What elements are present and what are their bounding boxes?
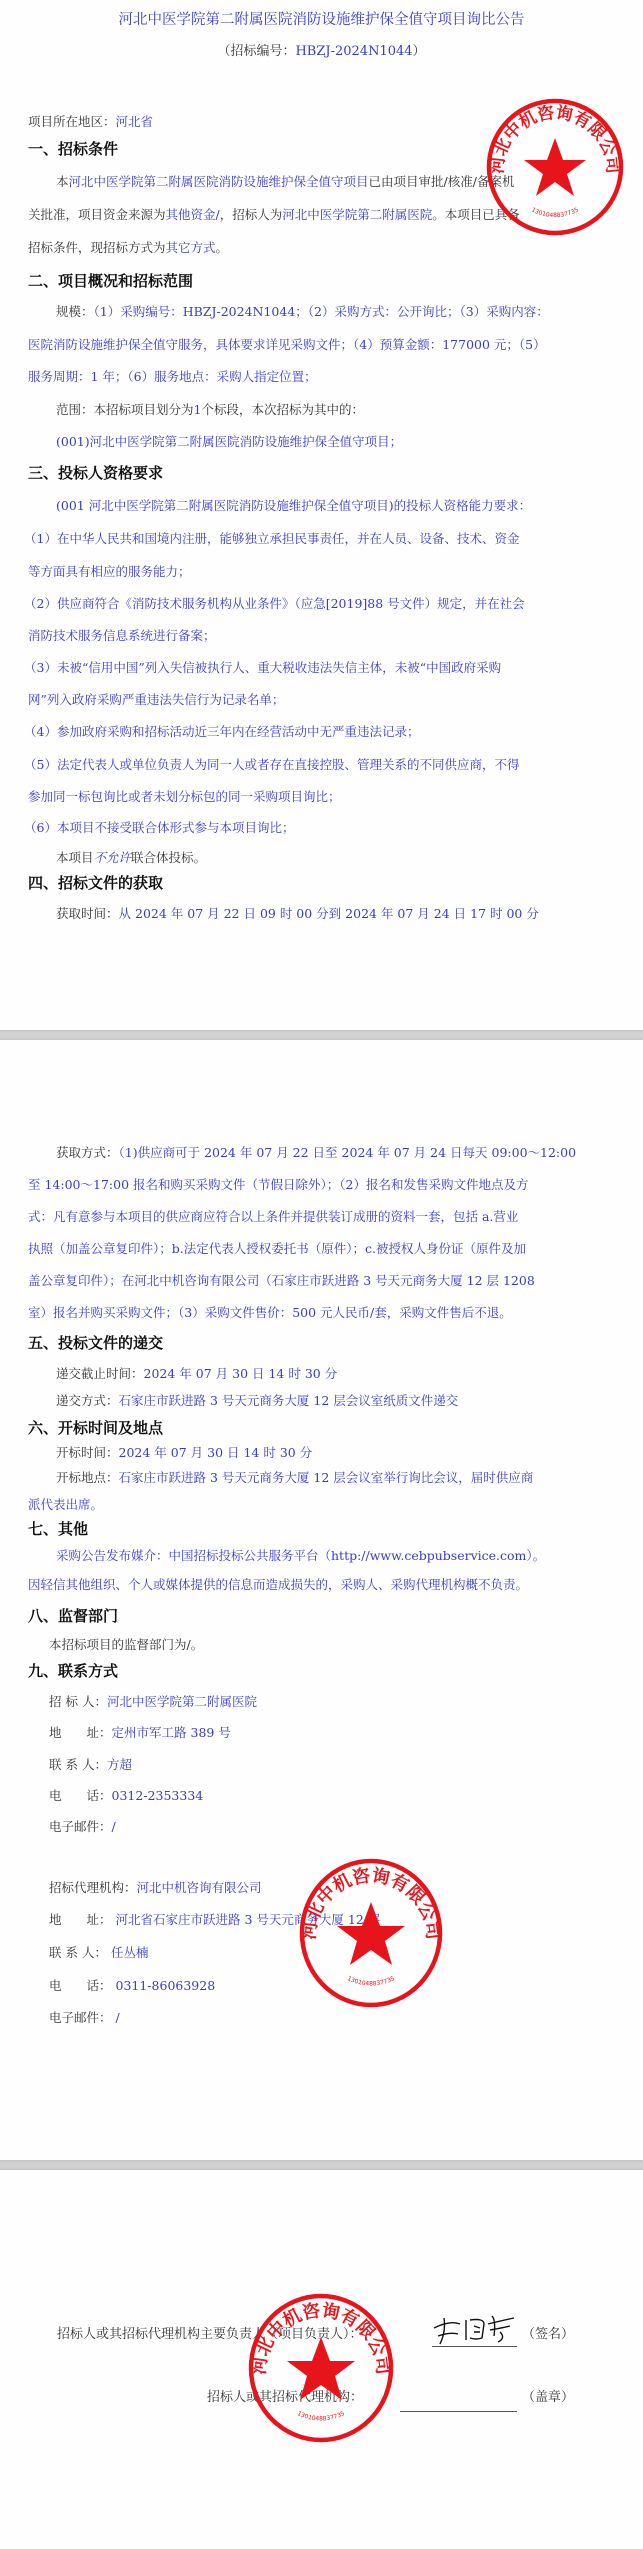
page-separator <box>0 1030 643 1040</box>
s7-line-1: 采购公告发布媒介：中国招标投标公共服务平台（http://www.cebpubs… <box>56 1546 545 1566</box>
seal-underline <box>400 2411 517 2412</box>
s7-line-2: 因轻信其他组织、个人或媒体提供的信息而造成损失的，采购人、采购代理机构概不负责。 <box>28 1575 528 1595</box>
tenderer-name: 招 标 人：河北中医学院第二附属医院 <box>49 1692 257 1712</box>
project-region: 项目所在地区：河北省 <box>28 112 153 132</box>
s3-req-3-line-2: 网”列入政府采购严重违法失信行为记录名单； <box>28 690 284 710</box>
tenderer-address: 地 址：定州市军工路 389 号 <box>49 1723 231 1743</box>
s2-scale-line-2: 医院消防设施维护保全值守服务，具体要求详见采购文件；（4）预算金额：177000… <box>28 335 546 355</box>
section-heading-7: 七、其他 <box>28 1518 88 1539</box>
s4-method-line-6: 室）报名并购买采购文件；（3）采购文件售价：500 元人民币/套，采购文件售后不… <box>28 1303 512 1323</box>
s6-place-line-1: 开标地点：石家庄市跃进路 3 号天元商务大厦 12 层会议室举行询比会议，届时供… <box>56 1468 533 1488</box>
s3-req-6: （6）本项目不接受联合体形式参与本项目询比； <box>24 818 294 838</box>
handwritten-signature-icon <box>430 2310 526 2350</box>
section-heading-4: 四、招标文件的获取 <box>28 872 163 893</box>
s8-text: 本招标项目的监督部门为/。 <box>49 1635 203 1655</box>
tenderer-phone: 电 话：0312-2353334 <box>49 1786 203 1806</box>
s3-intro: (001 河北中医学院第二附属医院消防设施维护保全值守项目)的投标人资格能力要求… <box>56 496 531 516</box>
s4-method-line-2: 至 14:00～17:00 报名和购买采购文件（节假日除外）；（2）报名和发售采… <box>28 1175 528 1195</box>
section-heading-6: 六、开标时间及地点 <box>28 1417 163 1438</box>
s2-scale-line-1: 规模：（1）采购编号：HBZJ-2024N1044；（2）采购方式：公开询比；（… <box>56 302 549 322</box>
section-heading-1: 一、招标条件 <box>28 138 118 159</box>
s1-line-1: 本河北中医学院第二附属医院消防设施维护保全值守项目已由项目审批/核准/备案机 <box>56 172 514 192</box>
section-heading-3: 三、投标人资格要求 <box>28 462 163 483</box>
s3-req-5-line-2: 参加同一标包询比或者未划分标包的同一采购项目询比； <box>28 787 341 807</box>
signature-underline <box>432 2346 517 2347</box>
s4-method-line-4: 执照（加盖公章复印件）；b.法定代表人授权委托书（原件）；c.被授权人身份证（原… <box>28 1239 526 1259</box>
seal-suffix: （盖章） <box>522 2388 574 2408</box>
s3-req-2-line-2: 消防技术服务信息系统进行备案； <box>28 626 216 646</box>
tenderer-contact: 联 系 人：方超 <box>49 1755 132 1775</box>
s3-req-2-line-1: （2）供应商符合《消防技术服务机构从业条件》（应急[2019]88 号文件）规定… <box>24 594 525 614</box>
s3-req-4: （4）参加政府采购和招标活动近三年内在经营活动中无严重违法记录； <box>24 722 419 742</box>
agency-name: 招标代理机构：河北中机咨询有限公司 <box>49 1878 262 1898</box>
tenderer-email: 电子邮件：/ <box>49 1817 116 1837</box>
svg-text:河北中机咨询有限公司: 河北中机咨询有限公司 <box>487 102 622 174</box>
s3-req-1-line-2: 等方面具有相应的服务能力； <box>28 562 191 582</box>
signature-responsible-label: 招标人或其招标代理机构主要负责人（项目负责人）： <box>57 2325 363 2345</box>
signature-suffix: （签名） <box>522 2325 574 2345</box>
s1-line-2: 关批准，项目资金来源为其他资金/，招标人为河北中医学院第二附属医院。本项目已具备 <box>28 205 520 225</box>
company-seal-stamp-icon: 河北中机咨询有限公司 1301048837735 <box>296 1858 446 2008</box>
s2-lot: (001)河北中医学院第二附属医院消防设施维护保全值守项目； <box>56 432 402 452</box>
svg-text:1301048837735: 1301048837735 <box>346 1975 396 1987</box>
agency-phone: 电 话： 0311-86063928 <box>49 1976 215 1996</box>
s2-scale-line-3: 服务周期：1 年；（6）服务地点：采购人指定位置； <box>28 367 317 387</box>
s4-time: 获取时间：从 2024 年 07 月 22 日 09 时 00 分到 2024 … <box>56 904 539 924</box>
page-separator <box>0 2160 643 2170</box>
s4-method-line-3: 式：凡有意参与本项目的供应商应符合以上条件并提供装订成册的资料一套，包括 a.营… <box>28 1207 518 1227</box>
seal-label: 招标人或其招标代理机构： <box>207 2388 363 2408</box>
svg-text:1301048837735: 1301048837735 <box>530 206 580 219</box>
section-heading-9: 九、联系方式 <box>28 1660 118 1681</box>
bid-number: （招标编号：HBZJ-2024N1044） <box>0 40 643 59</box>
section-heading-2: 二、项目概况和招标范围 <box>28 270 193 291</box>
s3-req-5-line-1: （5）法定代表人或单位负责人为同一人或者存在直接控股、管理关系的不同供应商，不得 <box>24 755 519 775</box>
s1-line-3: 招标条件，现招标方式为其它方式。 <box>28 238 228 258</box>
s5-deadline: 递交截止时间：2024 年 07 月 30 日 14 时 30 分 <box>56 1364 337 1384</box>
s6-place-line-2: 派代表出席。 <box>28 1495 103 1515</box>
s6-time: 开标时间：2024 年 07 月 30 日 14 时 30 分 <box>56 1443 312 1463</box>
s4-method-line-5: 盖公章复印件）；在河北中机咨询有限公司（石家庄市跃进路 3 号天元商务大厦 12… <box>28 1271 535 1291</box>
section-heading-5: 五、投标文件的递交 <box>28 1332 163 1353</box>
s5-method: 递交方式：石家庄市跃进路 3 号天元商务大厦 12 层会议室纸质文件递交 <box>56 1391 458 1411</box>
s2-range: 范围：本招标项目划分为1个标段，本次招标为其中的： <box>56 400 364 420</box>
section-heading-8: 八、监督部门 <box>28 1605 118 1626</box>
agency-email: 电子邮件： / <box>49 2008 120 2028</box>
svg-text:1301048837735: 1301048837735 <box>296 2410 346 2422</box>
agency-contact: 联 系 人： 任丛楠 <box>49 1943 148 1963</box>
s3-req-3-line-1: （3）未被“信用中国”列入失信被执行人、重大税收违法失信主体，未被“中国政府采购 <box>24 658 501 678</box>
s4-method-line-1: 获取方式：（1)供应商可于 2024 年 07 月 22 日至 2024 年 0… <box>56 1143 576 1163</box>
s3-req-1-line-1: （1）在中华人民共和国境内注册，能够独立承担民事责任，并在人员、设备、技术、资金 <box>24 529 519 549</box>
s3-consortium: 本项目不允许联合体投标。 <box>56 848 206 868</box>
doc-title: 河北中医学院第二附属医院消防设施维护保全值守项目询比公告 <box>0 8 643 29</box>
company-seal-stamp-icon: 河北中机咨询有限公司 1301048837735 <box>246 2293 396 2443</box>
agency-address: 地 址： 河北省石家庄市跃进路 3 号天元商务大厦 12 层 <box>49 1910 380 1930</box>
